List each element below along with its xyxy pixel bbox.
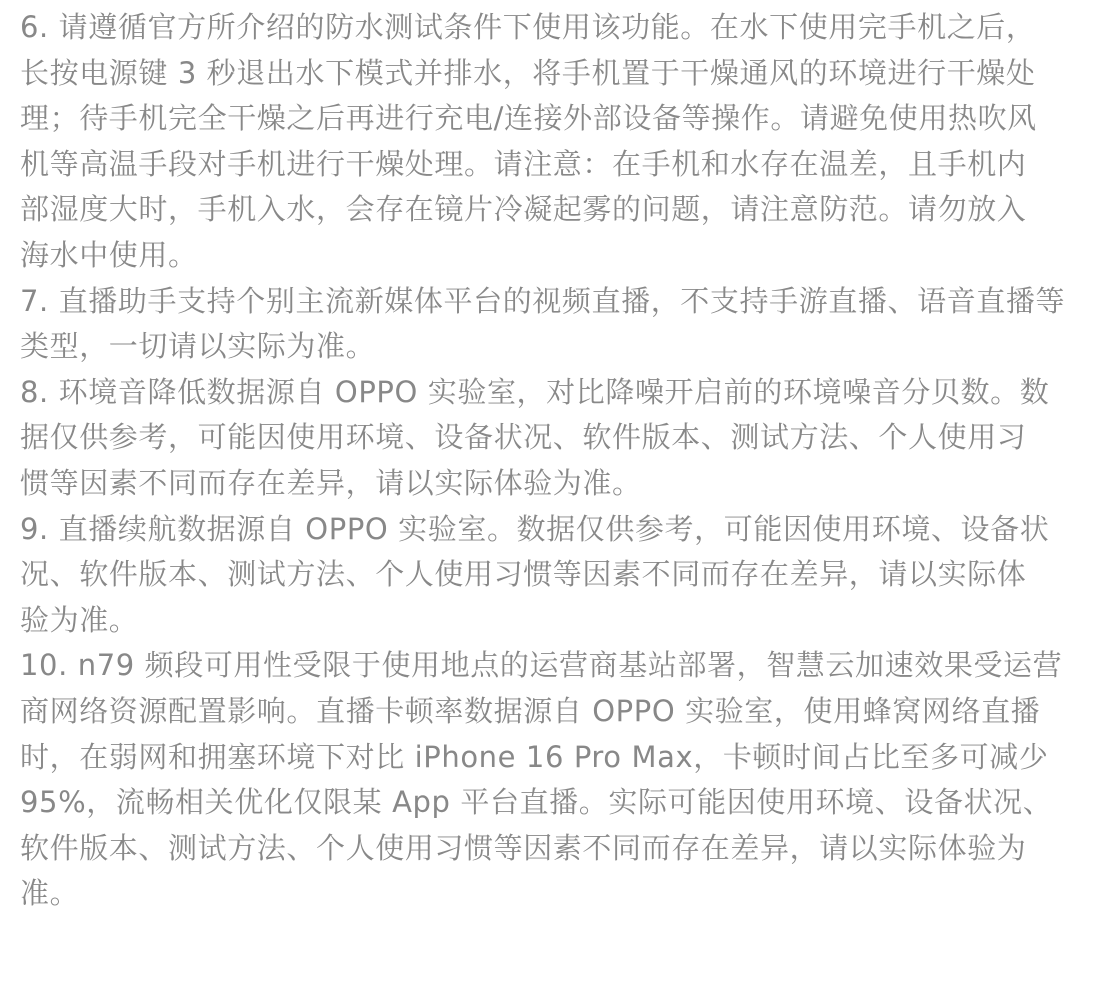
note-line: 机等高温手段对手机进行干燥处理。请注意：在手机和水存在温差，且手机内 — [20, 142, 1080, 188]
note-line: 部湿度大时，手机入水，会存在镜片冷凝起雾的问题，请注意防范。请勿放入 — [20, 187, 1080, 233]
note-line: 海水中使用。 — [20, 233, 1080, 279]
note-line: 8. 环境音降低数据源自 OPPO 实验室，对比降噪开启前的环境噪音分贝数。数 — [20, 370, 1080, 416]
note-10: 10. n79 频段可用性受限于使用地点的运营商基站部署，智慧云加速效果受运营 … — [20, 643, 1080, 917]
note-line: 理；待手机完全干燥之后再进行充电/连接外部设备等操作。请避免使用热吹风 — [20, 96, 1080, 142]
note-line: 况、软件版本、测试方法、个人使用习惯等因素不同而存在差异，请以实际体 — [20, 552, 1080, 598]
note-7: 7. 直播助手支持个别主流新媒体平台的视频直播，不支持手游直播、语音直播等 类型… — [20, 279, 1080, 370]
note-line: 长按电源键 3 秒退出水下模式并排水，将手机置于干燥通风的环境进行干燥处 — [20, 51, 1080, 97]
note-line: 6. 请遵循官方所介绍的防水测试条件下使用该功能。在水下使用完手机之后， — [20, 5, 1080, 51]
note-line: 商网络资源配置影响。直播卡顿率数据源自 OPPO 实验室，使用蜂窝网络直播 — [20, 689, 1080, 735]
disclaimer-notes: 6. 请遵循官方所介绍的防水测试条件下使用该功能。在水下使用完手机之后， 长按电… — [20, 5, 1080, 917]
note-line: 据仅供参考，可能因使用环境、设备状况、软件版本、测试方法、个人使用习 — [20, 415, 1080, 461]
note-line: 10. n79 频段可用性受限于使用地点的运营商基站部署，智慧云加速效果受运营 — [20, 643, 1080, 689]
note-9: 9. 直播续航数据源自 OPPO 实验室。数据仅供参考，可能因使用环境、设备状 … — [20, 507, 1080, 644]
note-line: 类型，一切请以实际为准。 — [20, 324, 1080, 370]
note-6: 6. 请遵循官方所介绍的防水测试条件下使用该功能。在水下使用完手机之后， 长按电… — [20, 5, 1080, 279]
note-8: 8. 环境音降低数据源自 OPPO 实验室，对比降噪开启前的环境噪音分贝数。数 … — [20, 370, 1080, 507]
note-line: 准。 — [20, 871, 1080, 917]
note-line: 7. 直播助手支持个别主流新媒体平台的视频直播，不支持手游直播、语音直播等 — [20, 279, 1080, 325]
note-line: 9. 直播续航数据源自 OPPO 实验室。数据仅供参考，可能因使用环境、设备状 — [20, 507, 1080, 553]
note-line: 软件版本、测试方法、个人使用习惯等因素不同而存在差异，请以实际体验为 — [20, 826, 1080, 872]
note-line: 95%，流畅相关优化仅限某 App 平台直播。实际可能因使用环境、设备状况、 — [20, 780, 1080, 826]
note-line: 惯等因素不同而存在差异，请以实际体验为准。 — [20, 461, 1080, 507]
note-line: 时，在弱网和拥塞环境下对比 iPhone 16 Pro Max，卡顿时间占比至多… — [20, 735, 1080, 781]
note-line: 验为准。 — [20, 598, 1080, 644]
